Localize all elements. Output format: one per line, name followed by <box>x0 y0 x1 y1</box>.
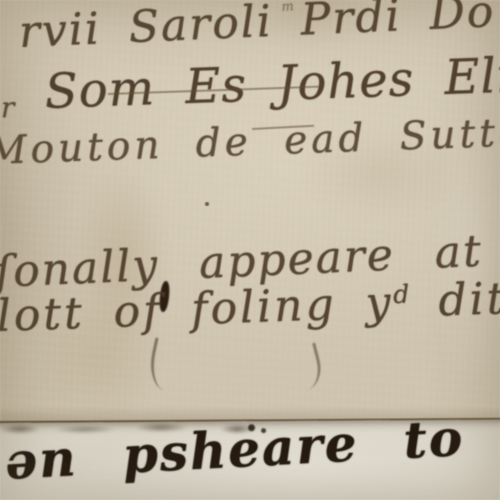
manuscript-photo: m rvii Saroli Prdi Do r Som Es Johes Eli… <box>0 0 500 500</box>
photo-vignette <box>0 0 500 500</box>
photo-surface: m rvii Saroli Prdi Do r Som Es Johes Eli… <box>0 0 500 500</box>
